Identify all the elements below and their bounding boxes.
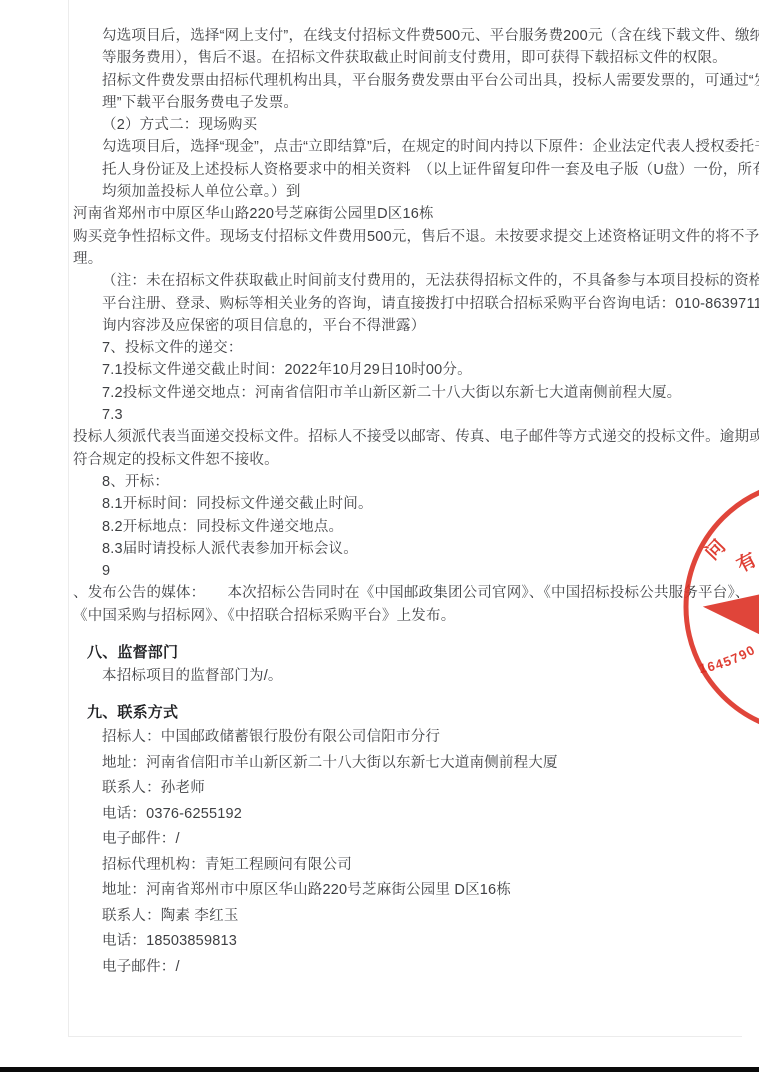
doc-line: 7、投标文件的递交： bbox=[73, 337, 759, 359]
seal-number: 1645790 bbox=[698, 642, 758, 676]
doc-line: 联系人：孙老师 bbox=[73, 776, 759, 802]
doc-line: 电话：0376-6255192 bbox=[73, 802, 759, 828]
doc-line: 招标代理机构：青矩工程顾问有限公司 bbox=[73, 853, 759, 879]
doc-line: 7.2投标文件递交地点：河南省信阳市羊山新区新二十八大街以东新七大道南侧前程大厦… bbox=[73, 382, 759, 404]
doc-line: 联系人：陶素 李红玉 bbox=[73, 904, 759, 930]
doc-line: 购买竞争性招标文件。现场支付招标文件费用500元，售后不退。未按要求提交上述资格… bbox=[73, 226, 759, 248]
doc-line: 勾选项目后，选择“网上支付”，在线支付招标文件费500元、平台服务费200元（含… bbox=[73, 25, 759, 47]
doc-line: （2）方式二：现场购买 bbox=[73, 114, 759, 136]
doc-line: 投标人须派代表当面递交投标文件。招标人不接受以邮寄、传真、电子邮件等方式递交的投… bbox=[73, 426, 759, 448]
doc-line: 托人身份证及上述投标人资格要求中的相关资料 （以上证件留复印件一套及电子版（U盘… bbox=[73, 159, 759, 181]
doc-line: 电话：18503859813 bbox=[73, 929, 759, 955]
doc-line: 均须加盖投标人单位公章。）到 bbox=[73, 181, 759, 203]
doc-line: 7.3 bbox=[73, 404, 759, 426]
doc-line: 理。 bbox=[73, 248, 759, 270]
doc-line: 地址：河南省郑州市中原区华山路220号芝麻街公园里 D区16栋 bbox=[73, 878, 759, 904]
window-bottom-edge bbox=[0, 1067, 759, 1072]
seal-char-2: 有 bbox=[733, 548, 759, 577]
doc-line: 7.1投标文件递交截止时间：2022年10月29日10时00分。 bbox=[73, 359, 759, 381]
svg-text:1645790: 1645790 bbox=[698, 642, 758, 676]
doc-line: 理”下载平台服务费电子发票。 bbox=[73, 92, 759, 114]
doc-line: 电子邮件：/ bbox=[73, 827, 759, 853]
doc-line: 地址：河南省信阳市羊山新区新二十八大街以东新七大道南侧前程大厦 bbox=[73, 751, 759, 777]
doc-line: 电子邮件：/ bbox=[73, 955, 759, 981]
doc-line: 符合规定的投标文件恕不接收。 bbox=[73, 449, 759, 471]
doc-line: 勾选项目后，选择“现金”，点击“立即结算”后，在规定的时间内持以下原件：企业法定… bbox=[73, 136, 759, 158]
doc-line: 河南省郑州市中原区华山路220号芝麻街公园里D区16栋 bbox=[73, 203, 759, 225]
doc-line: 询内容涉及应保密的项目信息的，平台不得泄露） bbox=[73, 315, 759, 337]
doc-line: 平台注册、登录、购标等相关业务的咨询，请直接拨打中招联合招标采购平台咨询电话：0… bbox=[73, 293, 759, 315]
doc-line: （注：未在招标文件获取截止时间前支付费用的，无法获得招标文件的，不具备参与本项目… bbox=[73, 270, 759, 292]
doc-line: 招标文件费发票由招标代理机构出具，平台服务费发票由平台公司出具，投标人需要发票的… bbox=[73, 70, 759, 92]
company-seal-stamp: 问 有 1645790 bbox=[640, 485, 759, 745]
seal-icon: 问 有 1645790 bbox=[640, 485, 759, 745]
doc-line: 等服务费用），售后不退。在招标文件获取截止时间前支付费用，即可获得下载招标文件的… bbox=[73, 47, 759, 69]
